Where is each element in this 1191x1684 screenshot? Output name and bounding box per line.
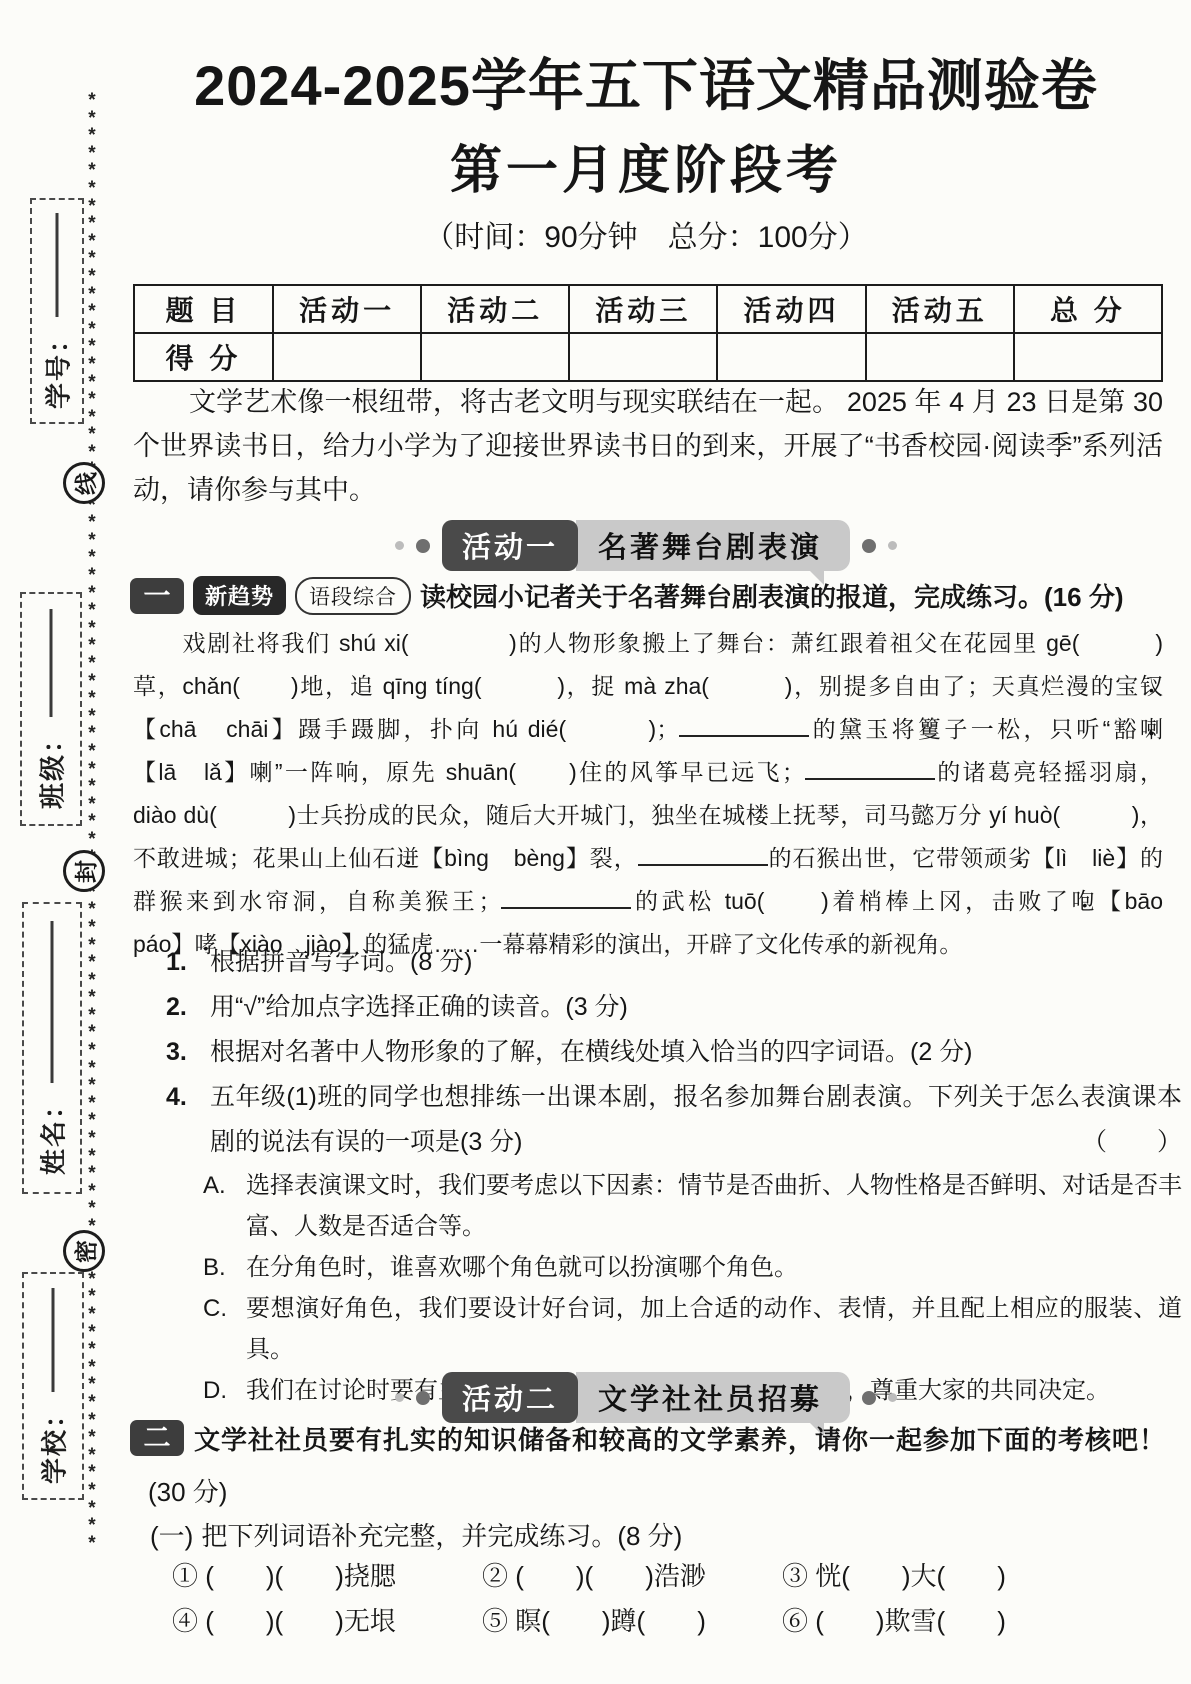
- question1-heading: 一 新趋势 语段综合 读校园小记者关于名著舞台剧表演的报道，完成练习。(16 分…: [130, 576, 1182, 615]
- exam-time-score: （时间：90分钟 总分：100分）: [110, 212, 1182, 256]
- score-table-cell: [717, 333, 865, 381]
- choice-letter: B.: [203, 1247, 226, 1288]
- answer-blank-line: [638, 864, 768, 866]
- choice-letter: A.: [203, 1165, 226, 1206]
- seal-field-inner: 学校：: [35, 1288, 72, 1484]
- subquestion-text: 用“√”给加点字选择正确的读音。(3 分): [210, 993, 628, 1021]
- word-completion-item: ② ( )( )浩渺: [482, 1554, 782, 1599]
- answer-blank-line: [501, 907, 631, 909]
- choice-text: 要想演好角色，我们要设计好台词，加上合适的动作、表情，并且配上相应的服装、道具。: [246, 1295, 1182, 1363]
- word-item-row: ④ ( )( )无垠⑤ 瞑( )蹲( )⑥ ( )欺雪( ): [172, 1599, 1172, 1644]
- word-item-row: ① ( )( )挠腮② ( )( )浩渺③ 恍( )大( ): [172, 1554, 1172, 1599]
- subquestion: 1.根据拼音写字词。(8 分): [110, 940, 1182, 985]
- seal-field-label: 姓名：: [34, 1091, 71, 1175]
- passage-line: diào dù( )士兵扮成的民众，随后大开城门，独坐在城楼上抚琴，司马懿万分 …: [133, 794, 1163, 837]
- choice-letter: C.: [203, 1288, 227, 1329]
- subquestion-text: 根据对名著中人物形象的了解，在横线处填入恰当的四字词语。(2 分): [210, 1038, 973, 1066]
- seal-field-inner: 学号：: [39, 213, 76, 409]
- page-subtitle: 第一月度阶段考: [110, 128, 1182, 203]
- banner-dot-icon: [888, 541, 897, 550]
- emphasized-char: 迸: [396, 845, 420, 871]
- seal-field-blank: [56, 213, 59, 317]
- word-completion-item: ④ ( )( )无垠: [172, 1599, 482, 1644]
- reading-passage: 戏剧社将我们 shú xi( )的人物形象搬上了舞台：萧红跟着祖父在花园里 gē…: [133, 622, 1163, 966]
- passage-line: 【lā lǎ】喇”一阵响，原先 shuān( )住的风筝早已远飞；的诸葛亮轻摇羽…: [133, 751, 1163, 794]
- activity1-tag: 活动一: [442, 520, 578, 571]
- seal-field-blank: [50, 609, 53, 717]
- seal-field-school: 学校：: [22, 1272, 84, 1500]
- subquestion-number: 1.: [166, 940, 187, 985]
- answer-blank-line: [805, 778, 935, 780]
- banner-dot-icon: [395, 541, 404, 550]
- score-table-header-cell: 活动三: [569, 285, 717, 333]
- word-completion-item: ⑥ ( )欺雪( ): [782, 1599, 1172, 1644]
- seal-field-label: 学校：: [35, 1400, 72, 1484]
- new-trend-tag: 新趋势: [193, 576, 286, 615]
- word-completion-item: ① ( )( )挠腮: [172, 1554, 482, 1599]
- emphasized-char: 咆: [1071, 888, 1098, 914]
- score-table-header-cell: 总 分: [1014, 285, 1162, 333]
- subquestion-text: 根据拼音写字词。(8 分): [210, 948, 473, 976]
- seal-field-inner: 姓名：: [34, 921, 71, 1175]
- seal-field-blank: [51, 921, 54, 1083]
- score-table-cell: [273, 333, 421, 381]
- subquestion: 4.五年级(1)班的同学也想排练一出课本剧，报名参加舞台剧表演。下列关于怎么表演…: [110, 1075, 1182, 1165]
- subquestion-text: 五年级(1)班的同学也想排练一出课本剧，报名参加舞台剧表演。下列关于怎么表演课本…: [210, 1083, 1182, 1156]
- emphasized-char: 喇: [1140, 716, 1163, 742]
- intro-paragraph: 文学艺术像一根纽带，将古老文明与现实联结在一起。 2025 年 4 月 23 日…: [133, 380, 1163, 512]
- banner-dot-icon: [862, 539, 876, 553]
- score-table-cell: [866, 333, 1014, 381]
- question2-score: (30 分): [148, 1472, 227, 1509]
- exam-page: * * * * * * * * * * * * * * * * * * * * …: [0, 0, 1191, 1684]
- choice-text: 在分角色时，谁喜欢哪个角色就可以扮演哪个角色。: [246, 1254, 798, 1281]
- choice-option: C.要想演好角色，我们要设计好台词，加上合适的动作、表情，并且配上相应的服装、道…: [110, 1288, 1182, 1370]
- score-table-score-row: 得 分: [134, 333, 1162, 381]
- question1-prompt: 读校园小记者关于名著舞台剧表演的报道，完成练习。(16 分): [420, 577, 1123, 614]
- seal-field-student-id: 学号：: [30, 198, 84, 424]
- question2-number-badge: 二: [130, 1420, 184, 1456]
- score-table-header-cell: 题 目: [134, 285, 273, 333]
- seal-field-name: 姓名：: [22, 902, 82, 1194]
- seal-field-label: 学号：: [39, 325, 76, 409]
- banner-dot-icon: [888, 1393, 897, 1402]
- part1-label: (一): [150, 1521, 193, 1551]
- subquestion-number: 2.: [166, 985, 187, 1030]
- passage-line: 群猴来到水帘洞，自称美猴王；的武松 tuō( )着梢棒上冈，击败了咆【bāo: [133, 880, 1163, 923]
- question1-subquestions: 1.根据拼音写字词。(8 分)2.用“√”给加点字选择正确的读音。(3 分)3.…: [110, 940, 1182, 1411]
- choice-option: B.在分角色时，谁喜欢哪个角色就可以扮演哪个角色。: [110, 1247, 1182, 1288]
- seal-field-blank: [52, 1288, 55, 1392]
- part1-text: 把下列词语补充完整，并完成练习。(8 分): [201, 1521, 682, 1551]
- question2-prompt: 文学社社员要有扎实的知识储备和较高的文学素养，请你一起参加下面的考核吧！: [194, 1420, 1166, 1460]
- question2-part1: (一)把下列词语补充完整，并完成练习。(8 分): [150, 1516, 682, 1553]
- score-table-row-label: 得 分: [134, 333, 273, 381]
- word-completion-item: ③ 恍( )大( ): [782, 1554, 1172, 1599]
- seal-char-线: 线: [63, 462, 105, 504]
- seal-char-密: 密: [63, 1230, 105, 1272]
- score-table-header-row: 题 目活动一活动二活动三活动四活动五总 分: [134, 285, 1162, 333]
- choice-option: A.选择表演课文时，我们要考虑以下因素：情节是否曲折、人物性格是否鲜明、对话是否…: [110, 1165, 1182, 1247]
- activity2-title: 文学社社员招募: [576, 1372, 850, 1423]
- activity1-title: 名著舞台剧表演: [576, 520, 850, 571]
- score-table-cell: [1014, 333, 1162, 381]
- banner-dot-icon: [862, 1391, 876, 1405]
- score-table: 题 目活动一活动二活动三活动四活动五总 分得 分: [133, 284, 1163, 382]
- banner-dot-icon: [416, 1391, 430, 1405]
- seal-field-class: 班级：: [20, 592, 82, 826]
- banner-dot-icon: [416, 539, 430, 553]
- score-table-header-cell: 活动四: [717, 285, 865, 333]
- page-title: 2024-2025学年五下语文精品测验卷: [110, 42, 1182, 122]
- passage-line: 不敢进城；花果山上仙石迸【bìng bèng】裂，的石猴出世，它带领顽劣【lì …: [133, 837, 1163, 880]
- seal-char-封: 封: [63, 850, 105, 892]
- subquestion-number: 3.: [166, 1030, 187, 1075]
- seal-char-glyph: 密: [68, 1240, 101, 1263]
- question2-heading: 二 文学社社员要有扎实的知识储备和较高的文学素养，请你一起参加下面的考核吧！: [130, 1420, 1182, 1460]
- question1-number-badge: 一: [130, 578, 184, 614]
- score-table-cell: [569, 333, 717, 381]
- emphasized-char: 劣: [1008, 845, 1032, 871]
- activity1-banner: 活动一 名著舞台剧表演: [110, 520, 1182, 571]
- subquestion-number: 4.: [166, 1075, 187, 1120]
- score-table-header-cell: 活动二: [421, 285, 569, 333]
- activity2-tag: 活动二: [442, 1372, 578, 1423]
- banner-dot-icon: [395, 1393, 404, 1402]
- answer-blank-line: [679, 735, 809, 737]
- word-completion-item: ⑤ 瞑( )蹲( ): [482, 1599, 782, 1644]
- passage-line: 草，chǎn( )地，追 qīng tíng( )，捉 mà zha( )，别提…: [133, 665, 1163, 708]
- emphasized-char: 钗: [1140, 673, 1163, 699]
- score-table-cell: [421, 333, 569, 381]
- score-table-header-cell: 活动五: [866, 285, 1014, 333]
- seal-char-glyph: 线: [68, 472, 101, 495]
- passage-line: 【chā chāi】蹑手蹑脚，扑向 hú dié( )；的黛玉将籰子一松，只听“…: [133, 708, 1163, 751]
- subquestion: 3.根据对名著中人物形象的了解，在横线处填入恰当的四字词语。(2 分): [110, 1030, 1182, 1075]
- seal-char-glyph: 封: [68, 860, 101, 883]
- subquestion: 2.用“√”给加点字选择正确的读音。(3 分): [110, 985, 1182, 1030]
- seal-field-inner: 班级：: [33, 609, 70, 809]
- passage-line: 戏剧社将我们 shú xi( )的人物形象搬上了舞台：萧红跟着祖父在花园里 gē…: [133, 622, 1163, 665]
- passage-comprehensive-tag: 语段综合: [295, 577, 411, 615]
- seal-rail: * * * * * * * * * * * * * * * * * * * * …: [0, 0, 118, 1684]
- seal-field-label: 班级：: [33, 725, 70, 809]
- word-completion-items: ① ( )( )挠腮② ( )( )浩渺③ 恍( )大( )④ ( )( )无垠…: [172, 1554, 1172, 1644]
- choice-text: 选择表演课文时，我们要考虑以下因素：情节是否曲折、人物性格是否鲜明、对话是否丰富…: [246, 1172, 1182, 1240]
- answer-parentheses: （ ）: [1082, 1120, 1182, 1165]
- seal-dotted-line: * * * * * * * * * * * * * * * * * * * * …: [82, 92, 102, 1552]
- activity2-banner: 活动二 文学社社员招募: [110, 1372, 1182, 1423]
- score-table-header-cell: 活动一: [273, 285, 421, 333]
